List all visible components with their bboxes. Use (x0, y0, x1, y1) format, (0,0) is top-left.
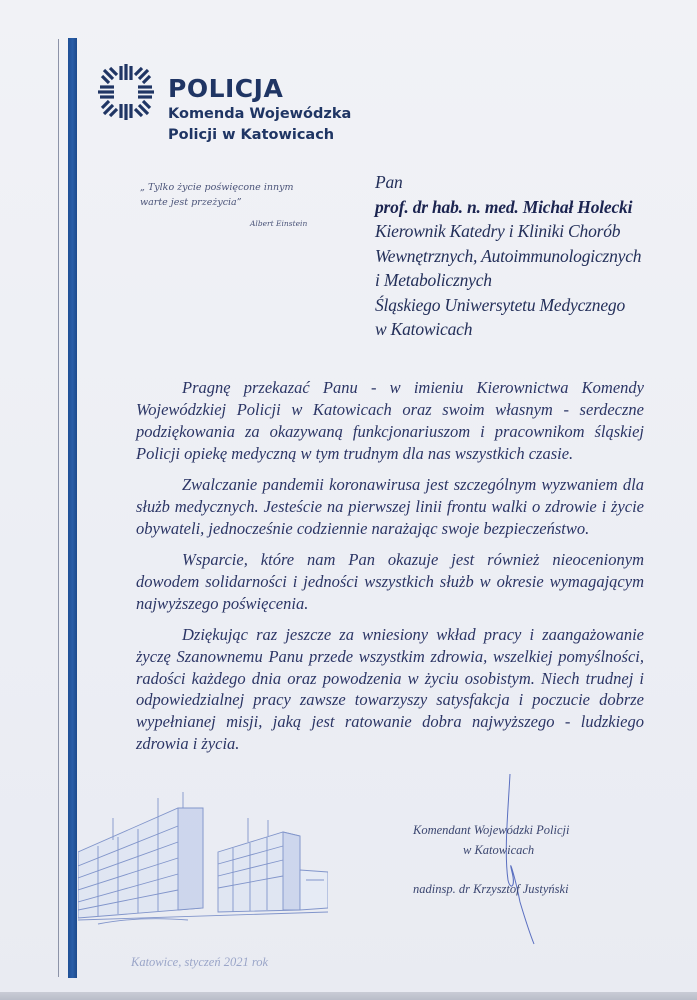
salutation: Pan (375, 170, 641, 195)
signatory-name: nadinsp. dr Krzysztof Justyński (413, 879, 569, 899)
paragraph: Zwalczanie pandemii koronawirusa jest sz… (136, 474, 644, 540)
position-line: i Metabolicznych (375, 268, 641, 293)
paragraph: Dziękując raz jeszcze za wniesiony wkład… (136, 624, 644, 755)
letter-page: POLICJA Komenda Wojewódzka Policji w Kat… (0, 0, 697, 1000)
recipient-name: prof. dr hab. n. med. Michał Holecki (375, 195, 641, 220)
organization-header: POLICJA Komenda Wojewódzka Policji w Kat… (168, 74, 351, 146)
epigraph-quote: „ Tylko życie poświęcone innym warte jes… (140, 180, 307, 228)
quote-line-2: warte jest przeżycia” (140, 195, 307, 210)
paragraph: Wsparcie, które nam Pan okazuje jest rów… (136, 549, 644, 615)
quote-line-1: „ Tylko życie poświęcone innym (140, 180, 307, 195)
police-star-icon (96, 62, 156, 122)
signatory-city: w Katowicach (463, 840, 569, 860)
recipient-block: Pan prof. dr hab. n. med. Michał Holecki… (375, 170, 641, 342)
place-and-date: Katowice, styczeń 2021 rok (131, 955, 268, 970)
position-line: Kierownik Katedry i Kliniki Chorób (375, 219, 641, 244)
quote-author: Albert Einstein (250, 219, 307, 228)
left-thin-rule (58, 39, 59, 977)
letter-body: Pragnę przekazać Panu - w imieniu Kierow… (136, 377, 644, 764)
brand-title: POLICJA (168, 74, 351, 104)
signatory-title: Komendant Wojewódzki Policji (413, 820, 569, 840)
signature-block: Komendant Wojewódzki Policji w Katowicac… (413, 820, 569, 899)
unit-line-2: Policji w Katowicach (168, 125, 351, 146)
unit-line-1: Komenda Wojewódzka (168, 104, 351, 125)
paragraph: Pragnę przekazać Panu - w imieniu Kierow… (136, 377, 644, 465)
building-sketch-illustration (78, 790, 328, 930)
position-line: w Katowicach (375, 317, 641, 342)
position-line: Wewnętrznych, Autoimmunologicznych (375, 244, 641, 269)
position-line: Śląskiego Uniwersytetu Medycznego (375, 293, 641, 318)
page-bottom-edge (0, 992, 697, 1000)
left-blue-bar (68, 38, 77, 978)
